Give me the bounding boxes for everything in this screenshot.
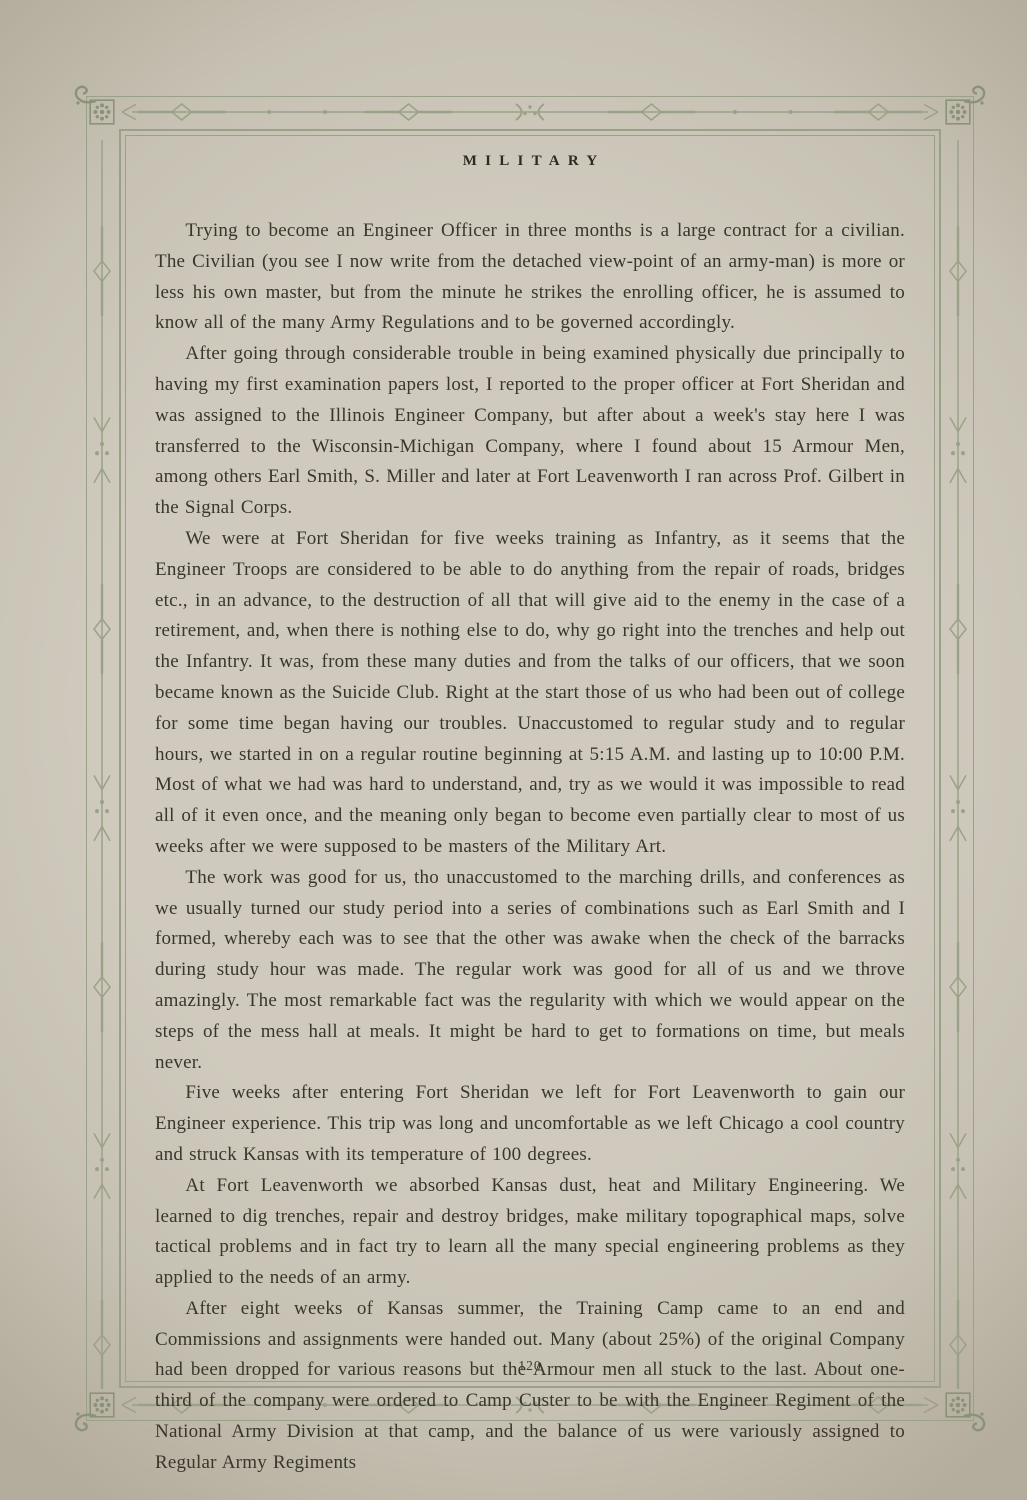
page: MILITARY Trying to become an Engineer Of… (0, 0, 1027, 1500)
paragraph: The work was good for us, tho unaccustom… (155, 863, 905, 1079)
paragraph: Five weeks after entering Fort Sheridan … (155, 1078, 905, 1170)
page-title: MILITARY (155, 153, 905, 170)
page-border-frame: MILITARY Trying to become an Engineer Of… (86, 96, 974, 1421)
paragraph: At Fort Leavenworth we absorbed Kansas d… (155, 1171, 905, 1294)
corner-scroll-icon (962, 83, 988, 109)
border-ornament-left (89, 128, 115, 1389)
paragraph: After going through considerable trouble… (155, 339, 905, 524)
body-paragraphs: Trying to become an Engineer Officer in … (155, 216, 905, 1479)
paragraph: After eight weeks of Kansas summer, the … (155, 1294, 905, 1479)
paragraph: Trying to become an Engineer Officer in … (155, 216, 905, 339)
page-content: MILITARY Trying to become an Engineer Of… (125, 135, 935, 1382)
paragraph: We were at Fort Sheridan for five weeks … (155, 524, 905, 863)
corner-scroll-icon (72, 83, 98, 109)
corner-scroll-icon (962, 1408, 988, 1434)
border-ornament-right (945, 128, 971, 1389)
border-ornament-top (118, 99, 942, 125)
page-number: 120 (125, 1358, 935, 1374)
corner-scroll-icon (72, 1408, 98, 1434)
